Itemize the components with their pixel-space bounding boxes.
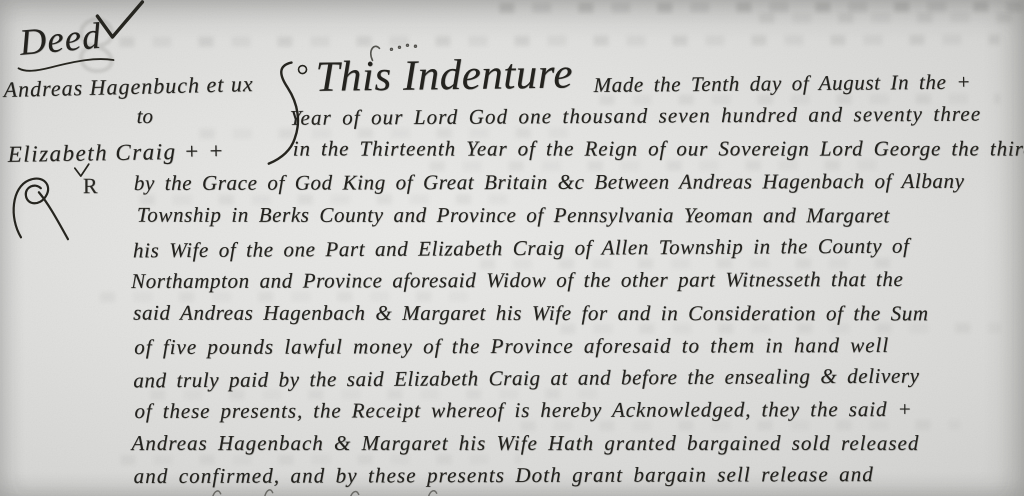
grantee-name: Elizabeth Craig + +	[8, 138, 226, 168]
deed-text-line: of these presents, the Receipt whereof i…	[134, 397, 912, 424]
deed-text-line: Andreas Hagenbach & Margaret his Wife Ha…	[132, 431, 920, 456]
deed-text-line: and confirmed, and by these presents Dot…	[134, 462, 874, 489]
bleedthrough-band	[759, 13, 1023, 24]
deed-scan-page: { "document": { "margin": { "doc_type_la…	[0, 0, 1024, 496]
bleedthrough-band	[499, 2, 1023, 13]
margin-docket: Deed Andreas Hagenbuch et ux to Elizabet…	[0, 0, 1023, 1]
checkmark-icon	[91, 0, 147, 41]
deed-text-line: by the Grace of God King of Great Britai…	[134, 169, 965, 196]
bleedthrough-band	[119, 35, 999, 47]
deed-text-line: his Wife of the one Part and Elizabeth C…	[133, 234, 910, 264]
docket-connector: to	[137, 104, 153, 129]
deed-text-line: Northampton and Province aforesaid Widow…	[131, 267, 903, 294]
deed-text-line: Made the Tenth day of August In the +	[593, 70, 971, 98]
deed-text-line: in the Thirteenth Year of the Reign of o…	[293, 137, 1024, 162]
deed-body-text: This Indenture Made the Tenth day of Aug…	[0, 0, 1023, 1]
grantor-name: Andreas Hagenbuch et ux	[3, 71, 254, 103]
deed-text-line: of five pounds lawful money of the Provi…	[134, 333, 889, 360]
clerk-flourish-mark	[8, 171, 72, 243]
deed-text-line: Year of our Lord God one thousand seven …	[290, 102, 982, 131]
document-page: Deed Andreas Hagenbuch et ux to Elizabet…	[0, 0, 1024, 496]
cutoff-next-line-marks	[201, 487, 521, 496]
deed-text-line: Township in Berks County and Province of…	[137, 203, 890, 229]
clerk-initial: R	[83, 173, 98, 199]
incipit-phrase: This Indenture	[315, 49, 573, 101]
deed-text-line: and truly paid by the said Elizabeth Cra…	[133, 364, 919, 394]
deed-text-line: said Andreas Hagenbach & Margaret his Wi…	[133, 301, 929, 327]
